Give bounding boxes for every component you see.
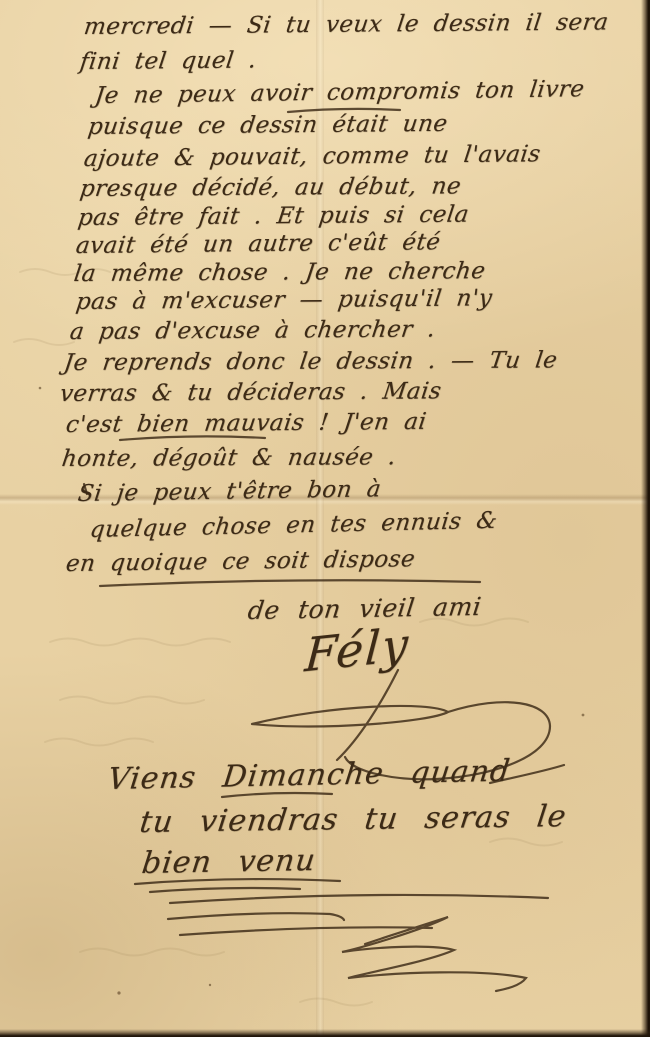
letter-line-9: la même chose . Je ne cherche <box>72 258 487 287</box>
bottom-flourish-1 <box>170 895 548 903</box>
signature-flourish-leaf <box>252 706 448 727</box>
signature-y-descender <box>337 670 398 760</box>
bleed-through-mark <box>14 339 74 345</box>
scan-edge-bottom <box>0 1029 650 1037</box>
scan-edge-right <box>641 0 650 1037</box>
letter-closing: de ton vieil ami <box>246 592 483 625</box>
ink-speck <box>209 984 211 986</box>
ink-speck <box>39 387 42 390</box>
bottom-flourish-z <box>342 917 526 991</box>
letter-line-2: fini tel quel . <box>78 47 258 75</box>
bien-venu-underline-2 <box>150 888 300 892</box>
bleed-through-mark <box>80 949 224 956</box>
letter-line-1: mercredi — Si tu veux le dessin il sera <box>82 9 610 40</box>
letter-line-16: Si je peux t'être bon à <box>76 476 382 507</box>
letter-line-14: c'est bien mauvais ! J'en ai <box>64 409 428 438</box>
letter-line-11: a pas d'excuse à chercher . <box>68 316 437 345</box>
bleed-through-mark <box>60 697 204 704</box>
letter-line-12: Je reprends donc le dessin . — Tu le <box>62 347 559 376</box>
bleed-through-mark <box>45 739 153 746</box>
ink-speck <box>117 991 120 994</box>
letter-signature: Fély <box>303 617 412 683</box>
letter-line-18: en quoique ce soit dispose <box>64 546 416 577</box>
underline-dispose-line <box>100 580 480 586</box>
postscript-line-3: bien venu <box>140 843 318 881</box>
bleed-through-mark <box>50 639 230 646</box>
letter-line-8: avait été un autre c'eût été <box>74 229 442 259</box>
letter-line-3: Je ne peux avoir compromis ton livre <box>93 76 586 109</box>
letter-line-6: presque décidé, au début, ne <box>78 173 463 202</box>
letter-line-15: honte, dégoût & nausée . <box>60 444 398 472</box>
ink-speck <box>582 714 585 717</box>
letter-line-4: puisque ce dessin était une <box>86 111 449 140</box>
letter-page: mercredi — Si tu veux le dessin il sera … <box>0 0 650 1037</box>
postscript-line-1: Viens Dimanche quand <box>106 754 512 798</box>
letter-line-17: quelque chose en tes ennuis & <box>88 508 498 543</box>
bleed-through-mark <box>300 999 372 1006</box>
bleed-through-mark <box>490 839 562 846</box>
letter-line-5: ajoute & pouvait, comme tu l'avais <box>82 141 542 172</box>
letter-line-7: pas être fait . Et puis si cela <box>76 202 470 231</box>
letter-line-10: pas à m'excuser — puisqu'il n'y <box>74 285 494 315</box>
letter-line-13: verras & tu décideras . Mais <box>58 378 443 407</box>
postscript-line-2: tu viendras tu seras le <box>138 799 569 840</box>
bottom-flourish-3 <box>180 927 432 935</box>
